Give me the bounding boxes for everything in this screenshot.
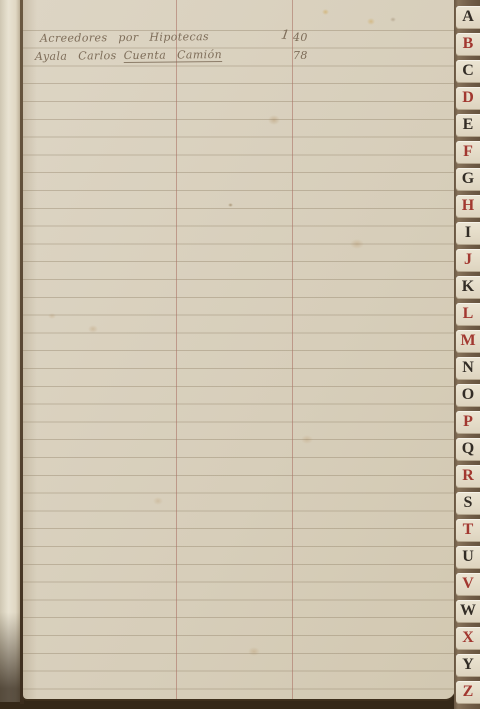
- index-tab-o[interactable]: O: [456, 384, 480, 407]
- entry-folio-cents: 78: [293, 49, 308, 62]
- tab-letter: W: [460, 603, 476, 619]
- index-tab-t[interactable]: T: [456, 519, 480, 542]
- tab-letter: R: [462, 468, 474, 484]
- tab-letter: O: [462, 387, 474, 403]
- tab-letter: V: [462, 576, 474, 592]
- tab-letter: L: [463, 306, 474, 322]
- index-tab-j[interactable]: J: [456, 249, 480, 272]
- entry-name-underlined: Cuenta Camión: [124, 48, 223, 62]
- index-tab-b[interactable]: B: [456, 33, 480, 56]
- index-tab-d[interactable]: D: [456, 87, 480, 110]
- tab-letter: H: [462, 198, 474, 214]
- ledger-entry-row: Ayala CarlosCuenta Camión: [35, 48, 222, 63]
- tab-letter: B: [463, 36, 474, 52]
- tab-letter: G: [462, 171, 474, 187]
- entry-name: Acreedores por Hipotecas: [40, 30, 209, 45]
- entry-name: Ayala Carlos: [35, 49, 117, 63]
- index-tab-l[interactable]: L: [456, 303, 480, 326]
- index-tab-y[interactable]: Y: [456, 654, 480, 677]
- underlying-pages-edge: [0, 0, 21, 702]
- index-tab-z[interactable]: Z: [456, 681, 480, 704]
- index-tab-k[interactable]: K: [456, 276, 480, 299]
- index-tab-p[interactable]: P: [456, 411, 480, 434]
- index-tab-i[interactable]: I: [456, 222, 480, 245]
- tab-letter: T: [463, 522, 474, 538]
- column-line-left: [176, 0, 177, 699]
- tab-letter: U: [462, 549, 474, 565]
- ledger-page: Acreedores por Hipotecas 1 40 Ayala Carl…: [23, 0, 455, 699]
- tab-letter: Z: [463, 684, 474, 700]
- index-tab-h[interactable]: H: [456, 195, 480, 218]
- column-line-right: [292, 0, 293, 699]
- tab-letter: S: [464, 495, 473, 511]
- entry-folio-cents: 40: [293, 31, 308, 44]
- index-tab-r[interactable]: R: [456, 465, 480, 488]
- ruled-lines: [23, 13, 455, 696]
- tab-letter: E: [463, 117, 474, 133]
- tab-letter: Q: [462, 441, 474, 457]
- tab-letter: N: [462, 360, 474, 376]
- index-tab-c[interactable]: C: [456, 60, 480, 83]
- tab-letter: A: [462, 9, 474, 25]
- tab-letter: X: [462, 630, 474, 646]
- tab-letter: M: [460, 333, 475, 349]
- tab-letter: K: [462, 279, 474, 295]
- index-tab-s[interactable]: S: [456, 492, 480, 515]
- index-tab-a[interactable]: A: [456, 6, 480, 29]
- index-tab-u[interactable]: U: [456, 546, 480, 569]
- index-tab-g[interactable]: G: [456, 168, 480, 191]
- index-tab-e[interactable]: E: [456, 114, 480, 137]
- ledger-scan: Acreedores por Hipotecas 1 40 Ayala Carl…: [0, 0, 480, 709]
- index-tab-m[interactable]: M: [456, 330, 480, 353]
- ledger-entry-row: Acreedores por Hipotecas: [40, 30, 209, 45]
- index-tab-x[interactable]: X: [456, 627, 480, 650]
- index-tab-f[interactable]: F: [456, 141, 480, 164]
- tab-letter: I: [465, 225, 471, 241]
- alphabet-tab-column: ABCDEFGHIJKLMNOPQRSTUVWXYZ: [454, 0, 480, 709]
- tab-letter: P: [463, 414, 473, 430]
- index-tab-n[interactable]: N: [456, 357, 480, 380]
- index-tab-v[interactable]: V: [456, 573, 480, 596]
- index-tab-q[interactable]: Q: [456, 438, 480, 461]
- tab-letter: J: [464, 252, 472, 268]
- index-tab-w[interactable]: W: [456, 600, 480, 623]
- tab-letter: D: [462, 90, 474, 106]
- tab-letter: Y: [462, 657, 474, 673]
- tab-letter: F: [463, 144, 473, 160]
- tab-letter: C: [462, 63, 474, 79]
